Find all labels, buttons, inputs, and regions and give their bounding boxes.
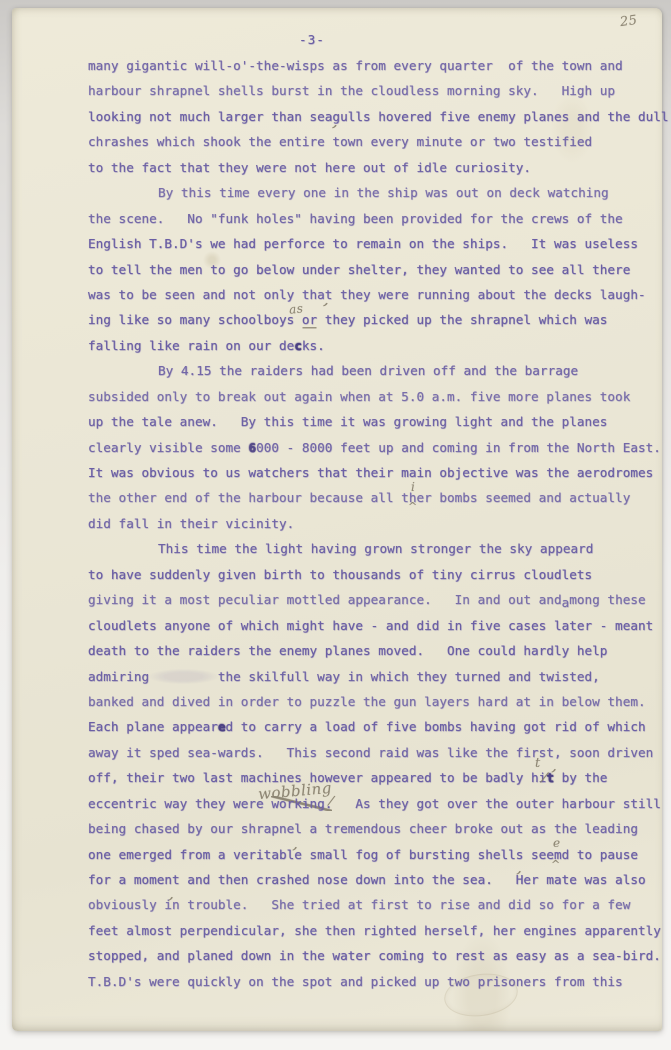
typed-line-8: English T.B.D's we had perforce to remai… bbox=[88, 231, 654, 256]
typed-line-34: obviously in trouble. She tried at first… bbox=[88, 892, 654, 917]
typed-line-11: ing like so many schoolboys or they pick… bbox=[88, 307, 654, 332]
typed-line-33: for a moment and then crashed nose down … bbox=[88, 867, 654, 892]
typed-line-22: giving it a most peculiar mottled appear… bbox=[88, 587, 654, 612]
typed-line-16: clearly visible some 6000 - 8000 feet up… bbox=[88, 435, 654, 460]
typed-lines: many gigantic will-o'-the-wisps as from … bbox=[88, 53, 654, 994]
typed-line-26: banked and dived in order to puzzle the … bbox=[88, 689, 654, 714]
typed-line-12: falling like rain on our decks. bbox=[88, 333, 654, 358]
scan-background: { "page": { "number_label": "-3-" }, "in… bbox=[0, 0, 671, 1050]
typed-line-24: death to the raiders the enemy planes mo… bbox=[88, 638, 654, 663]
page-number: -3- bbox=[299, 32, 325, 47]
typed-line-36: stopped, and planed down in the water co… bbox=[88, 943, 654, 968]
typed-line-17: It was obvious to us watchers that their… bbox=[88, 460, 654, 485]
typed-line-37: T.B.D's were quickly on the spot and pic… bbox=[88, 969, 654, 994]
typed-line-9: to tell the men to go below under shelte… bbox=[88, 257, 654, 282]
typed-line-30: eccentric way they were working. As they… bbox=[88, 791, 654, 816]
typed-line-6: By this time every one in the ship was o… bbox=[88, 180, 654, 205]
typed-line-28: away it sped sea-wards. This second raid… bbox=[88, 740, 654, 765]
typed-line-5: to the fact that they were not here out … bbox=[88, 155, 654, 180]
typed-line-31: being chased by our shrapnel a tremendou… bbox=[88, 816, 654, 841]
typed-line-27: Each plane appeared to carry a load of f… bbox=[88, 714, 654, 739]
typed-line-3: looking not much larger than seagulls ho… bbox=[88, 104, 654, 129]
typed-line-20: This time the light having grown stronge… bbox=[88, 536, 654, 561]
document-page: -3- many gigantic will-o'-the-wisps as f… bbox=[12, 8, 662, 1031]
typed-line-25: admiring the skilfull way in which they … bbox=[88, 664, 654, 689]
typed-line-15: up the tale anew. By this time it was gr… bbox=[88, 409, 654, 434]
typed-line-7: the scene. No "funk holes" having been p… bbox=[88, 206, 654, 231]
typed-line-2: harbour shrapnel shells burst in the clo… bbox=[88, 78, 654, 103]
typed-line-1: many gigantic will-o'-the-wisps as from … bbox=[88, 53, 654, 78]
typed-line-10: was to be seen and not only that they we… bbox=[88, 282, 654, 307]
typed-line-23: cloudlets anyone of which might have - a… bbox=[88, 613, 654, 638]
typed-line-4: chrashes which shook the entire town eve… bbox=[88, 129, 654, 154]
typed-line-14: subsided only to break out again when at… bbox=[88, 384, 654, 409]
typed-line-21: to have suddenly given birth to thousand… bbox=[88, 562, 654, 587]
typed-line-18: the other end of the harbour because all… bbox=[88, 485, 654, 510]
typed-line-19: did fall in their vicinity. bbox=[88, 511, 654, 536]
typed-line-29: off, their two last machines however app… bbox=[88, 765, 654, 790]
typed-line-35: feet almost perpendicular, she then righ… bbox=[88, 918, 654, 943]
typed-line-13: By 4.15 the raiders had been driven off … bbox=[88, 358, 654, 383]
typed-line-32: one emerged from a veritable small fog o… bbox=[88, 842, 654, 867]
pencil-sheet-number: 25 bbox=[619, 13, 638, 30]
